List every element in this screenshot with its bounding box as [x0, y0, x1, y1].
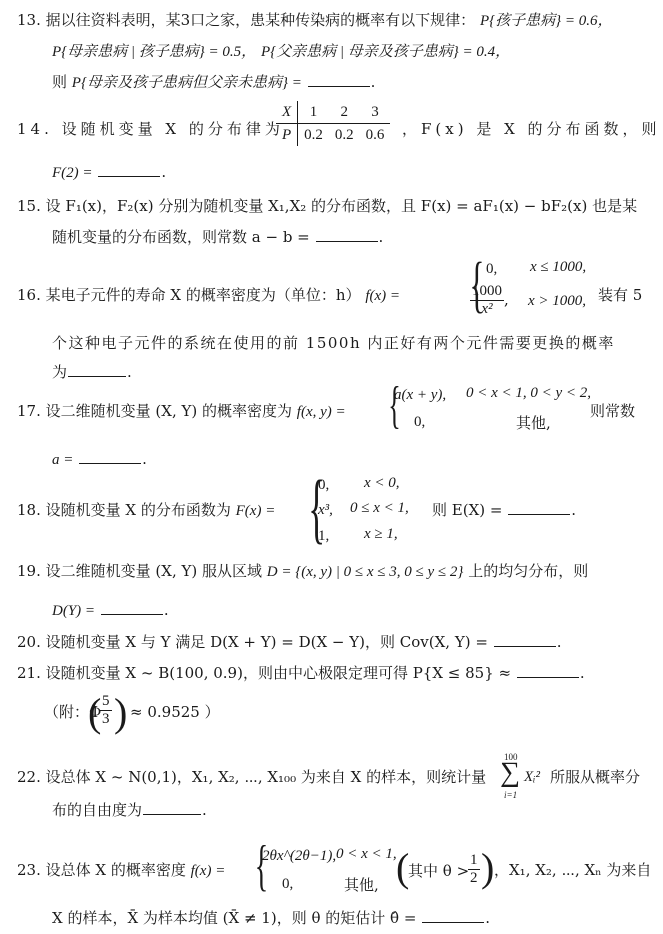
problem-text: 上的均匀分布，则: [468, 562, 588, 580]
table-cell: 0.2: [329, 124, 360, 147]
problem-text: 设二维随机变量 (X, Y) 的概率密度为: [46, 402, 292, 420]
problem-math: D(Y) =: [52, 603, 95, 619]
function-label: F(x) =: [236, 503, 276, 519]
period: .: [557, 633, 562, 651]
period: .: [379, 228, 384, 246]
right-paren: ): [481, 848, 494, 888]
answer-blank[interactable]: [494, 632, 556, 647]
problem-number: 13.: [17, 10, 41, 30]
case-value-fraction: 1000x²,: [470, 283, 509, 318]
table-cell: 3: [360, 101, 391, 124]
sum-symbol: ∑: [500, 758, 520, 788]
problem-21-line-1: 21. 设随机变量 X ~ B(100, 0.9)，则由中心极限定理可得 P{X…: [17, 663, 585, 683]
case-value: 0,: [318, 475, 329, 494]
region-definition: D = {(x, y) | 0 ≤ x ≤ 3, 0 ≤ y ≤ 2}: [267, 564, 464, 580]
problem-22-line-1-after: 所服从概率分: [550, 767, 640, 787]
problem-13-line-1: 13. 据以往资料表明，某3口之家，患某种传染病的概率有以下规律： P{孩子患病…: [17, 10, 613, 31]
case-condition: 其他,: [344, 874, 379, 895]
distribution-table: X 1 2 3 P 0.2 0.2 0.6: [276, 101, 390, 146]
problem-text: 为: [52, 363, 67, 381]
problem-text: 布的自由度为: [52, 801, 142, 819]
problem-number: 22.: [17, 767, 41, 787]
right-paren: ): [114, 693, 127, 733]
problem-text: 某电子元件的寿命 X 的概率密度为（单位：h）: [46, 286, 361, 304]
problem-text: 据以往资料表明，某3口之家，患某种传染病的概率有以下规律：: [46, 11, 476, 29]
sum-lower-limit: i=1: [504, 790, 517, 800]
answer-blank[interactable]: [316, 227, 378, 242]
case-value: 0,: [282, 874, 293, 893]
problem-16-line-1: 16. 某电子元件的寿命 X 的概率密度为（单位：h） f(x) =: [17, 285, 400, 306]
period: .: [164, 601, 169, 619]
problem-22-line-1: 22. 设总体 X ~ N(0,1)，X₁, X₂, ⋯, X₁₀₀ 为来自 X…: [17, 767, 486, 787]
problem-text: X 的样本，X̄ 为样本均值 (X̄ ≠ 1)，则 θ 的矩估计 θ̂ =: [52, 909, 416, 927]
case-value: 2θx^(2θ−1),: [262, 846, 336, 865]
answer-blank[interactable]: [508, 500, 570, 515]
period: .: [142, 450, 147, 468]
function-label: f(x) =: [191, 863, 226, 879]
problem-text: 设随机变量 X 的分布律为: [62, 120, 284, 138]
problem-16-line-3: 为.: [52, 362, 132, 382]
problem-23-line-1: 23. 设总体 X 的概率密度 f(x) =: [17, 860, 225, 881]
problem-16-line-2: 个这种电子元件的系统在使用的前 1500h 内正好有两个元件需要更换的概率: [52, 333, 615, 353]
problem-21-note-after: ≈ 0.9525 ）: [130, 702, 220, 722]
problem-text: 则 E(X) =: [432, 501, 502, 519]
period: .: [161, 163, 166, 181]
function-label: f(x, y) =: [297, 404, 346, 420]
answer-blank[interactable]: [68, 362, 126, 377]
answer-blank[interactable]: [308, 72, 370, 87]
problem-math: P{母亲患病 | 孩子患病} = 0.5，: [52, 44, 256, 60]
problem-20-line-1: 20. 设随机变量 X 与 Y 满足 D(X + Y) = D(X − Y)，则…: [17, 632, 561, 652]
problem-number: 16.: [17, 285, 41, 305]
period: .: [127, 363, 132, 381]
case-condition: x ≥ 1,: [364, 526, 398, 543]
problem-19-line-1: 19. 设二维随机变量 (X, Y) 服从区域 D = {(x, y) | 0 …: [17, 561, 588, 582]
problem-18-line-1-after: 则 E(X) = .: [432, 500, 576, 520]
case-value: 0,: [486, 259, 497, 278]
case-value: 0,: [414, 412, 425, 431]
table-cell: 0.2: [298, 124, 329, 147]
period: .: [571, 501, 576, 519]
problem-text: 设随机变量 X 的分布函数为: [46, 501, 231, 519]
problem-23-line-2: X 的样本，X̄ 为样本均值 (X̄ ≠ 1)，则 θ 的矩估计 θ̂ = .: [52, 908, 490, 928]
paren-condition: 其中 θ >: [408, 860, 469, 881]
problem-15-line-2: 随机变量的分布函数，则常数 a − b = .: [52, 227, 383, 247]
table-cell: 0.6: [360, 124, 391, 147]
case-condition: x < 0,: [364, 475, 400, 492]
problem-math: P{父亲患病 | 母亲及孩子患病} = 0.4，: [261, 44, 510, 60]
period: .: [202, 801, 207, 819]
problem-text: ，F(x) 是 X 的分布函数，则: [402, 120, 661, 138]
problem-text: 则常数: [590, 402, 635, 420]
problem-16-line-1-after: 装有 5: [598, 285, 642, 305]
table-row-label-x: X: [276, 101, 298, 124]
problem-math: P{孩子患病} = 0.6，: [480, 13, 613, 29]
problem-text: 设二维随机变量 (X, Y) 服从区域: [46, 562, 262, 580]
table-cell: 2: [329, 101, 360, 124]
problem-text: 设 F₁(x)，F₂(x) 分别为随机变量 X₁,X₂ 的分布函数，且 F(x)…: [46, 197, 637, 215]
problem-15-line-1: 15. 设 F₁(x)，F₂(x) 分别为随机变量 X₁,X₂ 的分布函数，且 …: [17, 196, 637, 216]
problem-number: 21.: [17, 663, 41, 683]
problem-math: F(2) =: [52, 165, 93, 181]
problem-13-line-2: P{母亲患病 | 孩子患病} = 0.5， P{父亲患病 | 母亲及孩子患病} …: [52, 41, 510, 62]
problem-text: 设总体 X 的概率密度: [46, 861, 186, 879]
problem-text: 随机变量的分布函数，则常数 a − b =: [52, 228, 310, 246]
problem-text: 设随机变量 X 与 Y 满足 D(X + Y) = D(X − Y)，则 Cov…: [46, 633, 488, 651]
table-row-label-p: P: [276, 124, 298, 147]
sum-term: Xᵢ²: [524, 767, 540, 787]
note-fraction: 53: [100, 693, 112, 728]
problem-text: ，X₁, X₂, ⋯, Xₙ 为来自: [494, 861, 651, 879]
problem-23-line-1-after: ，X₁, X₂, ⋯, Xₙ 为来自: [494, 860, 651, 880]
problem-13-line-3: 则 P{母亲及孩子患病但父亲未患病} = .: [52, 72, 375, 93]
problem-number: 18.: [17, 500, 41, 520]
case-condition: 0 < x < 1,: [336, 846, 397, 863]
answer-blank[interactable]: [143, 800, 201, 815]
problem-text: 则: [52, 73, 67, 91]
problem-22-line-2: 布的自由度为.: [52, 800, 207, 820]
answer-blank[interactable]: [79, 449, 141, 464]
paren-fraction: 12: [468, 852, 480, 887]
answer-blank[interactable]: [101, 600, 163, 615]
problem-number: 14.: [17, 119, 53, 139]
function-label: f(x) =: [365, 288, 400, 304]
problem-17-line-1: 17. 设二维随机变量 (X, Y) 的概率密度为 f(x, y) =: [17, 401, 346, 422]
case-value: 1,: [318, 526, 329, 545]
table-cell: 1: [298, 101, 329, 124]
case-condition: x ≤ 1000,: [530, 259, 586, 276]
problem-math: a =: [52, 452, 73, 468]
problem-math: P{母亲及孩子患病但父亲未患病} =: [72, 75, 302, 91]
problem-19-line-2: D(Y) = .: [52, 600, 169, 621]
case-condition: 0 < x < 1, 0 < y < 2,: [466, 385, 591, 402]
case-value: a(x + y),: [394, 385, 446, 404]
problem-text: 设随机变量 X ~ B(100, 0.9)，则由中心极限定理可得 P{X ≤ 8…: [46, 664, 511, 682]
problem-number: 23.: [17, 860, 41, 880]
problem-18-line-1: 18. 设随机变量 X 的分布函数为 F(x) =: [17, 500, 275, 521]
answer-blank[interactable]: [517, 663, 579, 678]
problem-text: 设总体 X ~ N(0,1)，X₁, X₂, ⋯, X₁₀₀ 为来自 X 的样本…: [46, 768, 486, 786]
problem-14-line-2: F(2) = .: [52, 162, 166, 183]
problem-number: 15.: [17, 196, 41, 216]
problem-17-line-2: a = .: [52, 449, 147, 470]
period: .: [371, 73, 376, 91]
problem-text: 个这种电子元件的系统在使用的前 1500h 内正好有两个元件需要更换的概率: [52, 334, 615, 352]
period: .: [580, 664, 585, 682]
case-condition: x > 1000,: [528, 293, 586, 310]
case-value: x³,: [318, 500, 333, 519]
problem-text: 所服从概率分: [550, 768, 640, 786]
period: .: [485, 909, 490, 927]
answer-blank[interactable]: [98, 162, 160, 177]
problem-14-line-1: 14. 设随机变量 X 的分布律为: [17, 119, 284, 139]
problem-14-line-1-after: ，F(x) 是 X 的分布函数，则: [402, 119, 661, 139]
problem-number: 17.: [17, 401, 41, 421]
problem-17-line-1-after: 则常数: [590, 401, 635, 421]
answer-blank[interactable]: [422, 908, 484, 923]
problem-number: 19.: [17, 561, 41, 581]
case-condition: 0 ≤ x < 1,: [350, 500, 409, 517]
case-condition: 其他,: [516, 412, 551, 433]
note-text: ≈ 0.9525 ）: [130, 703, 220, 721]
problem-number: 20.: [17, 632, 41, 652]
problem-text: 装有 5: [598, 286, 642, 304]
